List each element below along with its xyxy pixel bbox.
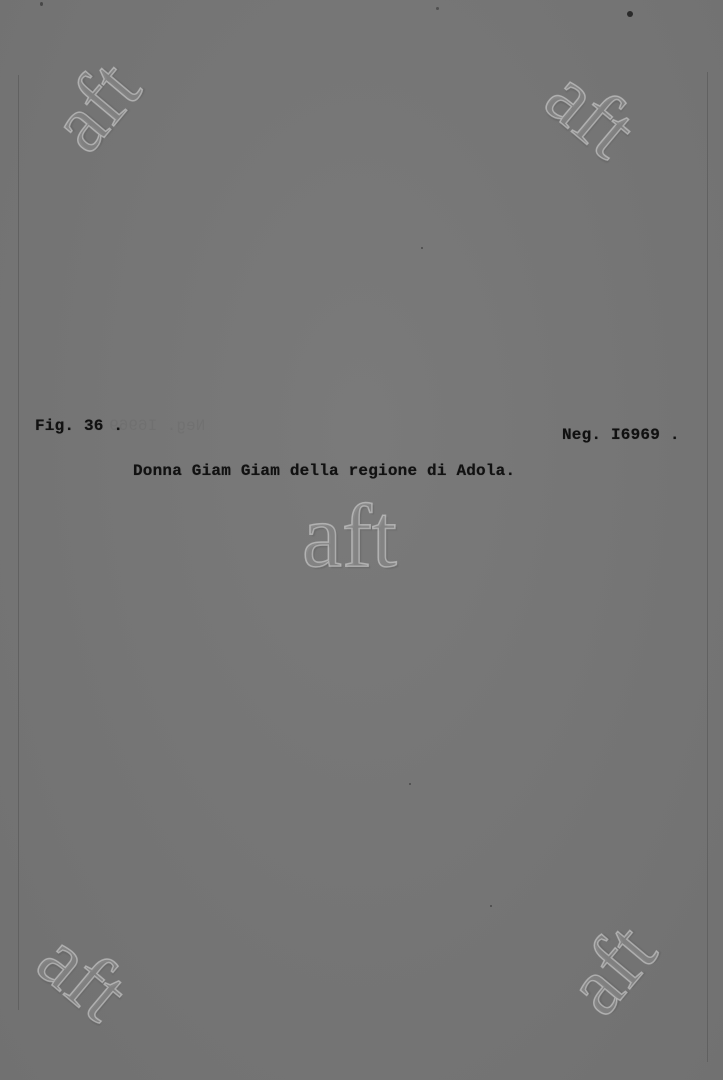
dust-speck <box>490 905 492 907</box>
archive-card: aft aft aft aft aft Neg. I6969 . Fig. 36… <box>0 0 723 1080</box>
watermark-bottom-right: aft <box>552 910 670 1029</box>
dust-speck <box>421 247 423 249</box>
dust-speck <box>409 783 411 785</box>
watermark-top-left: aft <box>36 47 154 166</box>
watermark-center: aft <box>302 492 397 582</box>
dust-speck <box>627 11 633 17</box>
negative-number: Neg. I6969 . <box>562 426 680 444</box>
watermark-bottom-left: aft <box>24 917 143 1035</box>
watermark-top-right: aft <box>532 54 651 172</box>
dust-speck <box>436 7 439 10</box>
dust-speck <box>40 2 43 6</box>
card-right-edge <box>707 72 708 1062</box>
figure-number: Fig. 36 . <box>35 417 123 435</box>
card-left-edge <box>18 75 19 1010</box>
photo-caption: Donna Giam Giam della regione di Adola. <box>133 462 515 480</box>
